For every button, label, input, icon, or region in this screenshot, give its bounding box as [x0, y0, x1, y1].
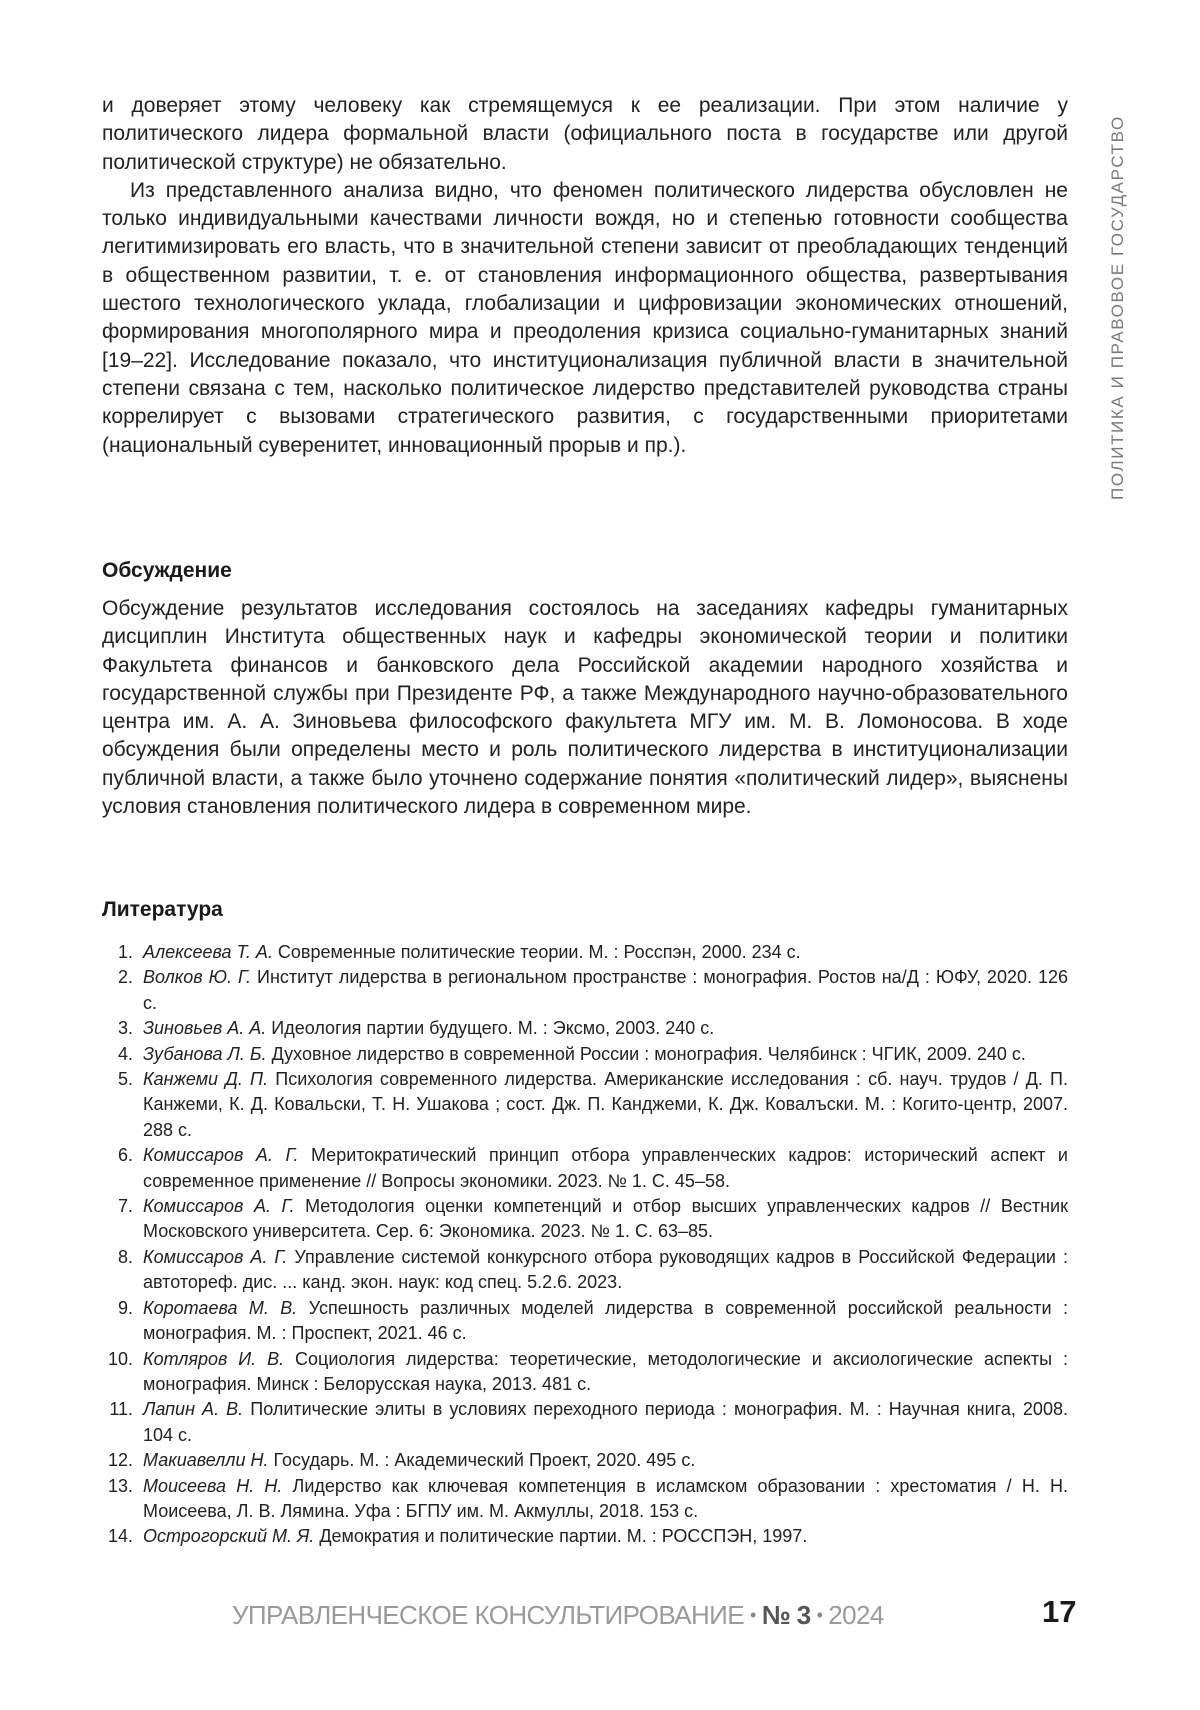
reference-author: Лапин А. В.: [143, 1399, 243, 1419]
reference-text: Институт лидерства в региональном простр…: [143, 967, 1068, 1012]
paragraph: Из представленного анализа видно, что фе…: [102, 177, 1068, 460]
reference-number: 11.: [102, 1397, 133, 1422]
issue-year: 2024: [828, 1600, 883, 1630]
reference-author: Острогорский М. Я.: [143, 1526, 314, 1546]
reference-author: Зубанова Л. Б.: [143, 1044, 267, 1064]
reference-number: 4.: [102, 1042, 133, 1067]
reference-author: Котляров И. В.: [143, 1349, 284, 1369]
reference-item: 4.Зубанова Л. Б. Духовное лидерство в со…: [102, 1042, 1068, 1067]
reference-number: 8.: [102, 1245, 133, 1270]
journal-page: ПОЛИТИКА И ПРАВОВОЕ ГОСУДАРСТВО и доверя…: [0, 0, 1200, 1710]
page-number: 17: [1042, 1594, 1076, 1630]
reference-text: Современные политические теории. М. : Ро…: [278, 942, 801, 962]
discussion-heading: Обсуждение: [102, 557, 1068, 585]
reference-author: Волков Ю. Г.: [143, 967, 251, 987]
reference-item: 8.Комиссаров А. Г. Управление системой к…: [102, 1245, 1068, 1296]
reference-author: Макиавелли Н.: [143, 1450, 268, 1470]
reference-text: Политические элиты в условиях переходног…: [143, 1399, 1068, 1444]
reference-item: 2.Волков Ю. Г. Институт лидерства в реги…: [102, 965, 1068, 1016]
reference-text: Психология современного лидерства. Амери…: [143, 1069, 1068, 1140]
literature-heading: Литература: [102, 896, 1068, 924]
reference-item: 7.Комиссаров А. Г. Методология оценки ко…: [102, 1194, 1068, 1245]
literature-section: Литература 1.Алексеева Т. А. Современные…: [102, 896, 1068, 1550]
reference-number: 1.: [102, 940, 133, 965]
reference-text: Идеология партии будущего. М. : Эксмо, 2…: [271, 1018, 714, 1038]
reference-number: 14.: [102, 1524, 133, 1549]
reference-author: Комиссаров А. Г.: [143, 1247, 287, 1267]
separator-dot: •: [744, 1605, 762, 1625]
running-footer: УПРАВЛЕНЧЕСКОЕ КОНСУЛЬТИРОВАНИЕ•№ 3•2024: [232, 1600, 884, 1631]
reference-author: Комиссаров А. Г.: [143, 1145, 298, 1165]
reference-number: 3.: [102, 1016, 133, 1041]
reference-number: 12.: [102, 1448, 133, 1473]
issue-number: № 3: [762, 1600, 811, 1630]
reference-number: 6.: [102, 1143, 133, 1168]
reference-author: Моисеева Н. Н.: [143, 1476, 282, 1496]
reference-author: Коротаева М. В.: [143, 1298, 297, 1318]
reference-number: 13.: [102, 1474, 133, 1499]
reference-item: 3.Зиновьев А. А. Идеология партии будуще…: [102, 1016, 1068, 1041]
reference-number: 2.: [102, 965, 133, 990]
reference-author: Алексеева Т. А.: [143, 942, 273, 962]
paragraph: и доверяет этому человеку как стремящему…: [102, 92, 1068, 177]
reference-text: Лидерство как ключевая компетенция в исл…: [143, 1476, 1068, 1521]
reference-item: 10.Котляров И. В. Социология лидерства: …: [102, 1347, 1068, 1398]
reference-author: Зиновьев А. А.: [143, 1018, 266, 1038]
reference-author: Комиссаров А. Г.: [143, 1196, 295, 1216]
intro-text: и доверяет этому человеку как стремящему…: [102, 92, 1068, 460]
reference-item: 1.Алексеева Т. А. Современные политическ…: [102, 940, 1068, 965]
reference-item: 9.Коротаева М. В. Успешность различных м…: [102, 1296, 1068, 1347]
reference-item: 13.Моисеева Н. Н. Лидерство как ключевая…: [102, 1474, 1068, 1525]
section-side-label: ПОЛИТИКА И ПРАВОВОЕ ГОСУДАРСТВО: [1108, 98, 1138, 518]
journal-title: УПРАВЛЕНЧЕСКОЕ КОНСУЛЬТИРОВАНИЕ: [232, 1600, 744, 1630]
reference-text: Государь. М. : Академический Проект, 202…: [273, 1450, 695, 1470]
reference-author: Канжеми Д. П.: [143, 1069, 268, 1089]
reference-item: 12.Макиавелли Н. Государь. М. : Академич…: [102, 1448, 1068, 1473]
reference-item: 14.Острогорский М. Я. Демократия и полит…: [102, 1524, 1068, 1549]
reference-item: 5.Канжеми Д. П. Психология современного …: [102, 1067, 1068, 1143]
separator-dot: •: [811, 1605, 829, 1625]
reference-number: 9.: [102, 1296, 133, 1321]
reference-item: 6.Комиссаров А. Г. Меритократический при…: [102, 1143, 1068, 1194]
reference-item: 11.Лапин А. В. Политические элиты в усло…: [102, 1397, 1068, 1448]
discussion-section: Обсуждение Обсуждение результатов исслед…: [102, 557, 1068, 821]
reference-number: 10.: [102, 1347, 133, 1372]
discussion-paragraph: Обсуждение результатов исследования сост…: [102, 595, 1068, 821]
reference-text: Демократия и политические партии. М. : Р…: [319, 1526, 807, 1546]
reference-text: Духовное лидерство в современной России …: [272, 1044, 1026, 1064]
reference-number: 5.: [102, 1067, 133, 1092]
reference-number: 7.: [102, 1194, 133, 1219]
reference-list: 1.Алексеева Т. А. Современные политическ…: [102, 940, 1068, 1550]
